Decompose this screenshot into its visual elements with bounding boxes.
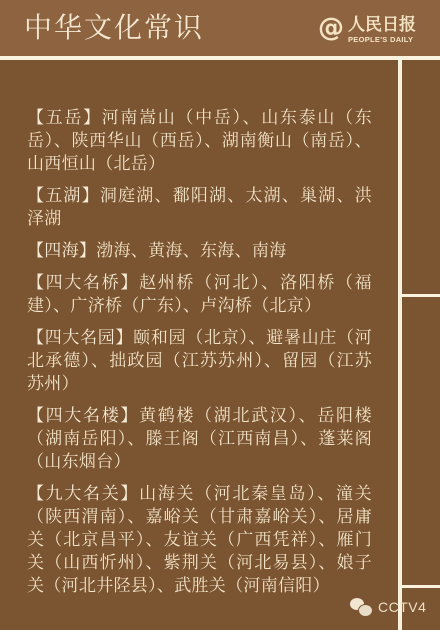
entry-label: 【四海】 — [27, 241, 96, 261]
wechat-icon — [350, 598, 374, 618]
entry-nine-passes: 【九大名关】山海关（河北秦皇岛）、潼关（陕西渭南）、嘉峪关（甘肃嘉峪关）、居庸关… — [27, 483, 372, 598]
header: 中华文化常识 @ 人民日报 PEOPLE'S DAILY — [0, 0, 440, 56]
header-divider — [0, 56, 440, 60]
entry-five-mountains: 【五岳】河南嵩山（中岳）、山东泰山（东岳）、陕西华山（西岳）、湖南衡山（南岳）、… — [27, 107, 372, 176]
entry-four-seas: 【四海】渤海、黄海、东海、南海 — [27, 240, 372, 263]
page-title: 中华文化常识 — [24, 10, 204, 46]
entry-four-towers: 【四大名楼】黄鹤楼（湖北武汉）、岳阳楼（湖南岳阳）、滕王阁（江西南昌）、蓬莱阁（… — [27, 405, 372, 474]
right-divider-1 — [402, 294, 440, 297]
logo-name-cn: 人民日报 — [348, 15, 416, 35]
entry-label: 【四大名桥】 — [27, 273, 139, 293]
right-divider-2 — [402, 585, 440, 588]
entry-five-lakes: 【五湖】洞庭湖、鄱阳湖、太湖、巢湖、洪泽湖 — [27, 185, 372, 231]
entry-four-bridges: 【四大名桥】赵州桥（河北）、洛阳桥（福建）、广济桥（广东）、卢沟桥（北京） — [27, 272, 372, 318]
entry-four-gardens: 【四大名园】颐和园（北京）、避暑山庄（河北承德）、拙政园（江苏苏州）、留园（江苏… — [27, 327, 372, 396]
vertical-divider — [398, 60, 402, 630]
entry-label: 【五岳】 — [27, 108, 102, 128]
source-label: CCTV4 — [378, 599, 426, 615]
entry-label: 【四大名园】 — [27, 328, 133, 348]
entry-label: 【五湖】 — [27, 186, 100, 206]
content: 【五岳】河南嵩山（中岳）、山东泰山（东岳）、陕西华山（西岳）、湖南衡山（南岳）、… — [27, 107, 372, 607]
entry-label: 【四大名楼】 — [27, 406, 139, 426]
logo-name-en: PEOPLE'S DAILY — [348, 35, 413, 44]
entry-label: 【九大名关】 — [27, 484, 139, 504]
entry-text: 渤海、黄海、东海、南海 — [96, 241, 286, 261]
peoples-daily-logo: @ 人民日报 PEOPLE'S DAILY — [318, 12, 428, 48]
at-icon: @ — [318, 14, 344, 42]
